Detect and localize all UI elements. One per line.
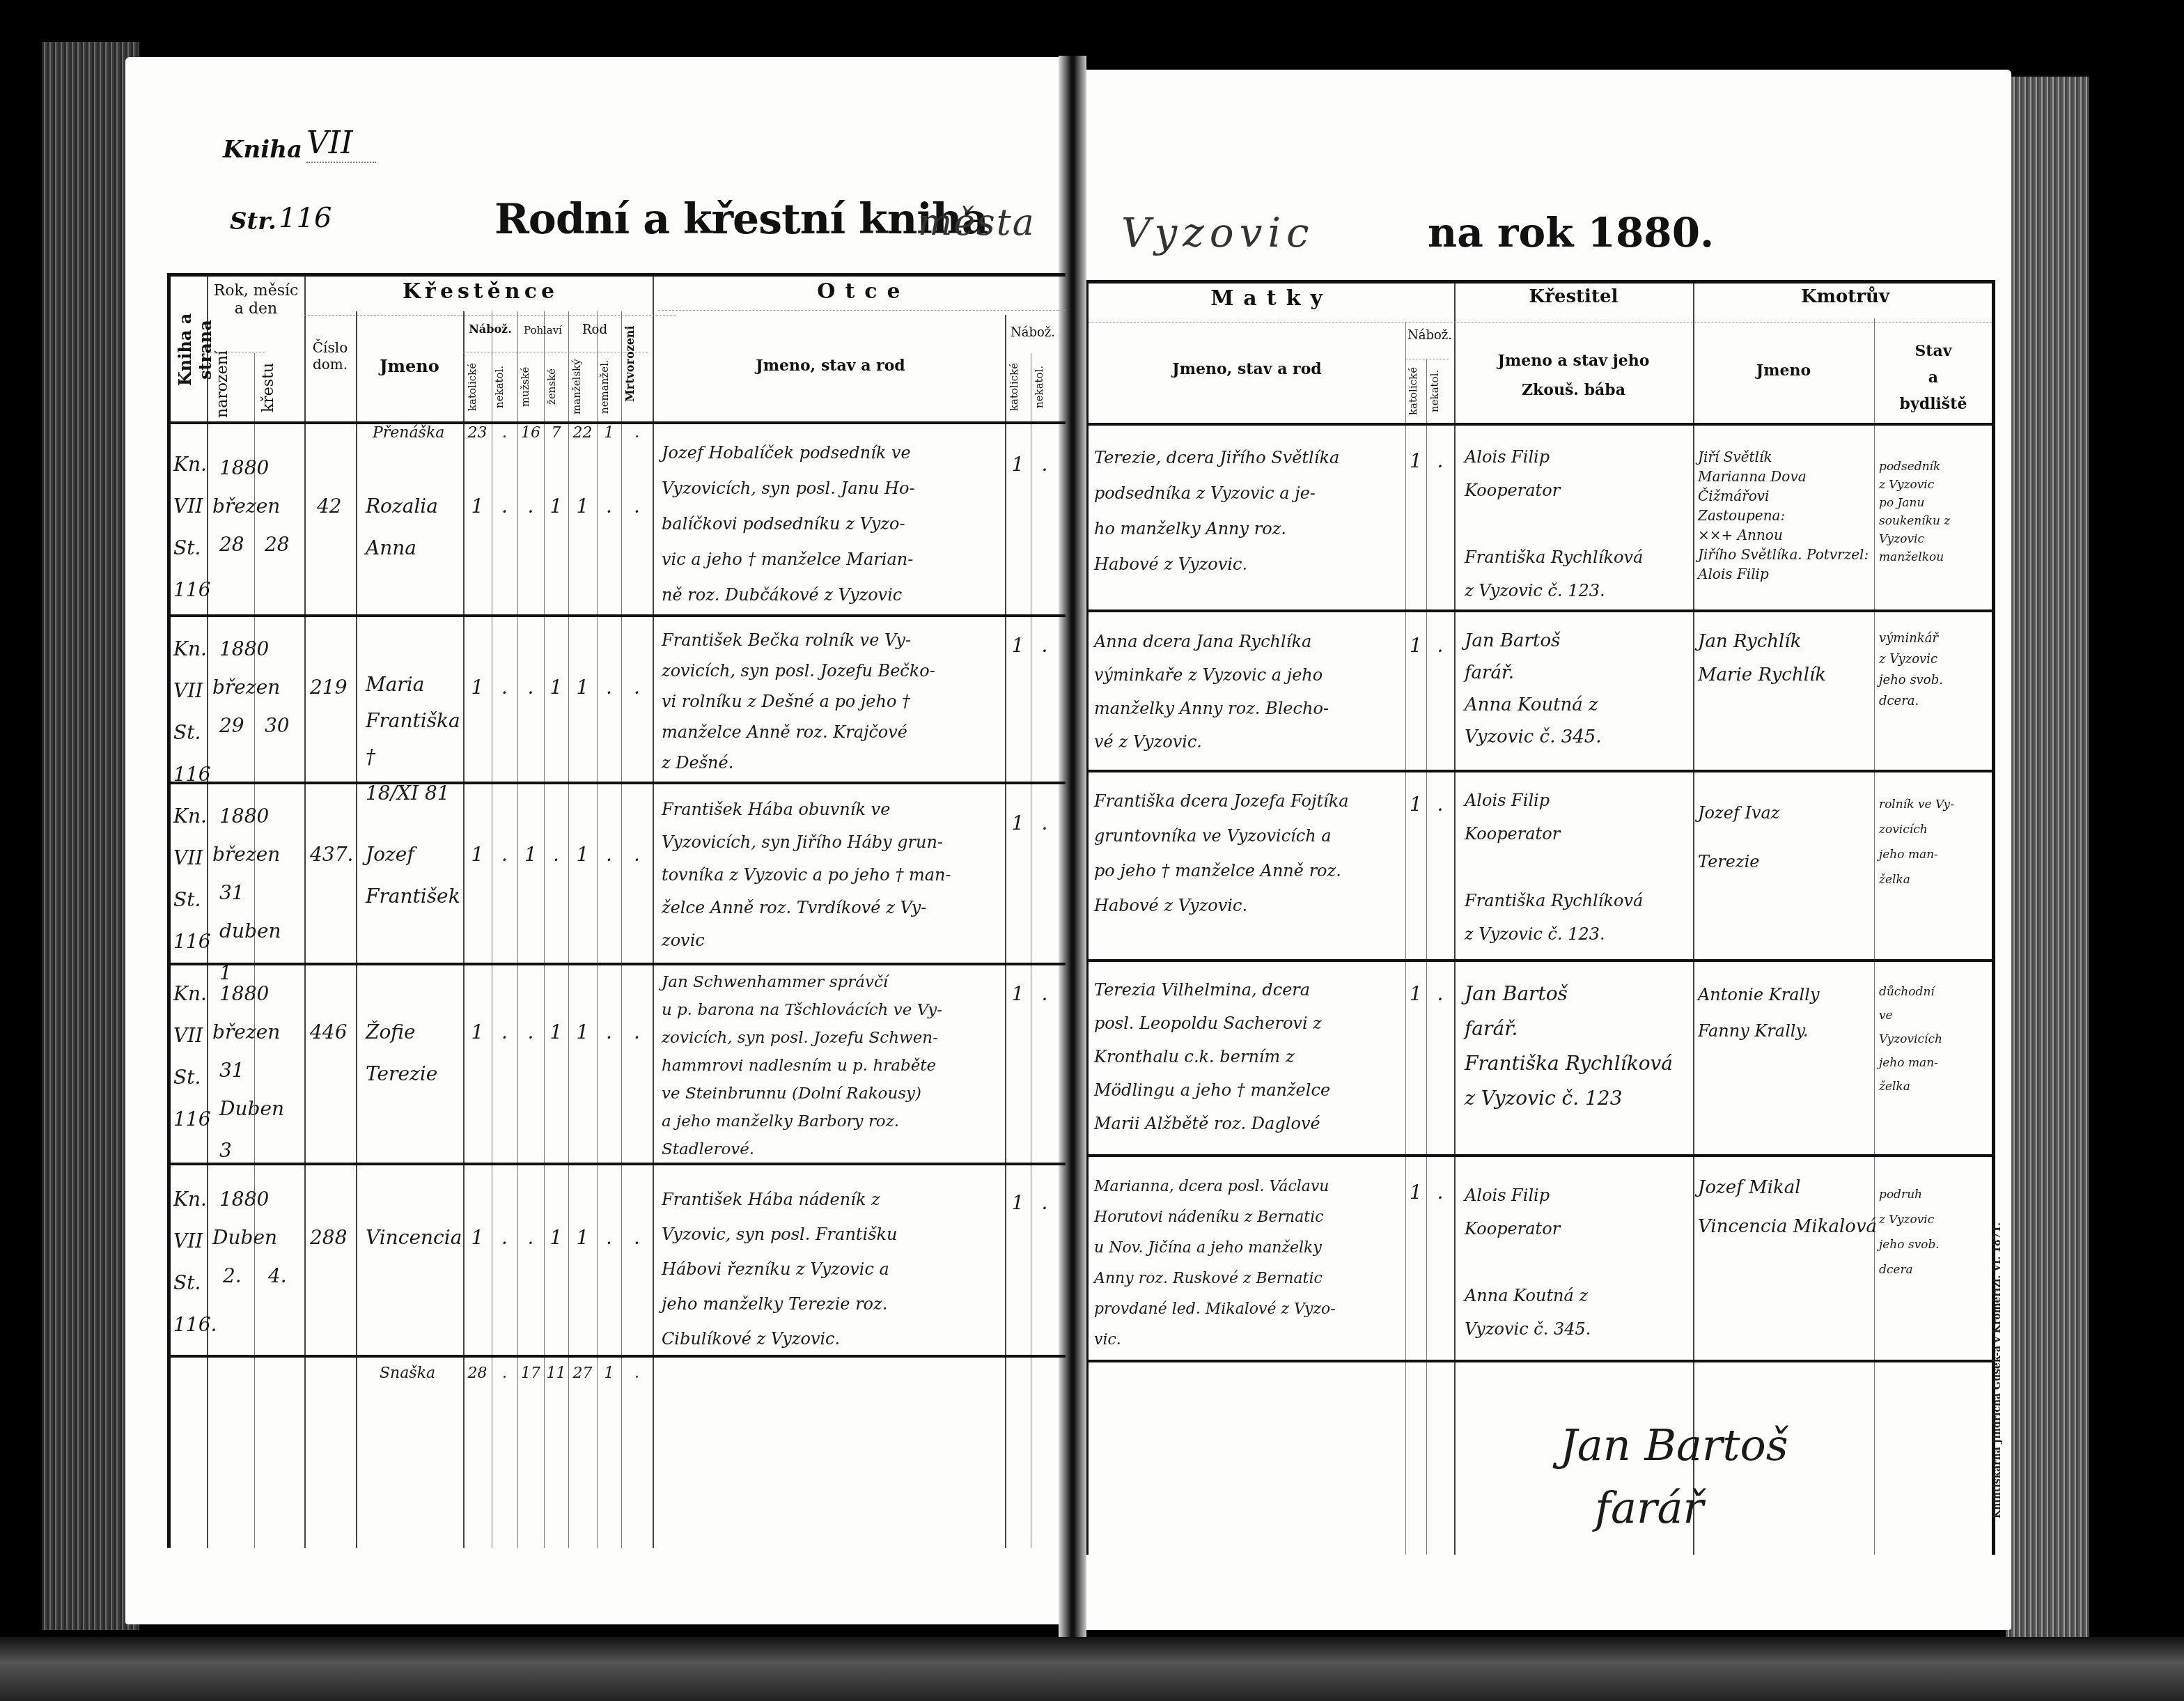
entry-narozeni: 28 [219, 524, 244, 566]
carry-over-manzelsky: 22 [568, 421, 597, 445]
entry-mesic: březen [212, 834, 280, 876]
entry-mrtvorozeni: . [621, 1217, 653, 1259]
entry-rok: 1880 [219, 1179, 269, 1220]
entry-muzske: . [517, 486, 544, 527]
col-header-kniha-a-strana: Kniha a strana [175, 283, 204, 416]
entry-rok: 1880 [219, 795, 269, 837]
entry-kmotr-jmeno: Jozef Ivaz Terezie [1698, 789, 1779, 886]
entry-katolicke: 1 [463, 1011, 492, 1053]
entry-otec-katolicke: 1 [1005, 802, 1031, 844]
col-header-kmotr-jmeno: Jmeno [1693, 362, 1874, 380]
entry-kniha: Kn. VII St. 116 [173, 444, 210, 611]
entry-narozeni: 29 [219, 705, 244, 747]
entry-otec: František Hába obuvník ve Vyzovicích, sy… [662, 793, 951, 957]
entry-nemanzel: . [597, 1011, 621, 1053]
col-header-krestitel-sub: Jmeno a stav jeho Zkouš. bába [1454, 346, 1693, 405]
title-handwritten-town-type: města [918, 202, 1036, 244]
carry-over-muzske: 16 [517, 421, 544, 445]
entry-katolicke: 1 [463, 834, 492, 876]
col-header-cislo-dom: Číslo dom. [307, 339, 353, 373]
entry-krestu: 28 [265, 524, 290, 566]
entry-matka-nekatol: . [1426, 625, 1454, 667]
col-header-otce-jmeno: Jmeno, stav a rod [658, 357, 1003, 375]
entry-katolicke: 1 [463, 667, 492, 708]
entry-nekatol: . [492, 1217, 517, 1259]
col-header-otce-naboz: Nábož. [1005, 325, 1061, 341]
entry-krestitel: Jan Bartoš farář. Anna Koutná z Vyzovic … [1465, 625, 1602, 753]
col-header-otce-katolicke: katolické [1008, 355, 1030, 419]
entry-katolicke: 1 [463, 1217, 492, 1259]
entry-matka-katolicke: 1 [1405, 440, 1426, 482]
totals-nekatol: . [492, 1362, 517, 1385]
col-header-krestu: křestu [260, 357, 300, 418]
entry-kmotr-jmeno: Antonie Krally Fanny Krally. [1698, 977, 1819, 1049]
entry-cislo-dom: 437. [310, 834, 353, 876]
title-handwritten-town: Vyzovic [1121, 209, 1315, 256]
entry-matka-katolicke: 1 [1405, 973, 1426, 1015]
col-header-matky-jmeno: Jmeno, stav a rod [1089, 360, 1405, 378]
entry-cislo-dom: 446 [310, 1011, 347, 1053]
entry-cislo-dom: 42 [317, 486, 342, 527]
str-label: Str. [230, 208, 276, 235]
kniha-line [306, 162, 376, 163]
entry-muzske: . [517, 667, 544, 708]
totals-manzelsky: 27 [568, 1362, 597, 1385]
book-edge-left [42, 42, 139, 1630]
entry-narozeni: 31 [219, 1050, 244, 1092]
totals-zenske: 11 [544, 1362, 568, 1385]
entry-otec-katolicke: 1 [1005, 1182, 1031, 1224]
entry-mrtvorozeni: . [621, 834, 653, 876]
carry-over-mrtvorozeni: . [621, 421, 653, 445]
col-header-manzelsky: manželský [570, 355, 595, 419]
kniha-value: VII [306, 125, 353, 161]
carry-over-nemanzel: 1 [597, 421, 621, 445]
entry-mesic: březen [212, 667, 280, 708]
priest-signature: Jan Bartoš farář [1560, 1414, 1788, 1539]
entry-matka: Terezie, dcera Jiřího Světlíka podsedník… [1094, 440, 1339, 582]
entry-otec-katolicke: 1 [1005, 444, 1031, 486]
entry-nekatol: . [492, 1011, 517, 1053]
entry-matka-katolicke: 1 [1405, 1172, 1426, 1213]
entry-rok: 1880 [219, 447, 269, 489]
entry-muzske: 1 [517, 834, 544, 876]
entry-kmotr-stav: výminkář z Vyzovic jeho svob. dcera. [1879, 628, 1943, 712]
entry-rok: 1880 [219, 628, 269, 670]
entry-otec-nekatol: . [1031, 444, 1059, 486]
entry-jmeno: Žofie Terezie [366, 1011, 437, 1095]
entry-mesic: Duben [212, 1217, 277, 1259]
entry-zenske: 1 [544, 667, 568, 708]
entry-nemanzel: . [597, 667, 621, 708]
entry-mrtvorozeni: . [621, 1011, 653, 1053]
entry-kmotr-stav: rolník ve Vy- zovicích jeho man- želka [1879, 792, 1954, 892]
col-header-nekatol: nekatol. [493, 355, 515, 419]
entry-matka-katolicke: 1 [1405, 625, 1426, 667]
entry-otec: Jozef Hobalíček podsedník ve Vyzovicích,… [662, 435, 915, 613]
entry-matka-nekatol: . [1426, 973, 1454, 1015]
entry-manzelsky: 1 [568, 834, 597, 876]
entry-manzelsky: 1 [568, 486, 597, 527]
entry-manzelsky: 1 [568, 1011, 597, 1053]
col-header-krestitel: Křestitel [1454, 286, 1693, 308]
book-edge-right [2006, 77, 2089, 1637]
entry-muzske: . [517, 1217, 544, 1259]
entry-matka-nekatol: . [1426, 440, 1454, 482]
entry-nekatol: . [492, 667, 517, 708]
carry-over-nekatol: . [492, 421, 517, 445]
entry-nemanzel: . [597, 1217, 621, 1259]
col-header-narozeni: narození [214, 357, 250, 418]
kniha-label: Kniha [223, 136, 302, 164]
entry-matka-nekatol: . [1426, 1172, 1454, 1213]
signature-title: farář [1560, 1477, 1788, 1539]
col-header-kmotr-stav: Stav a bydliště [1874, 338, 1992, 417]
entry-nekatol: . [492, 486, 517, 527]
signature-name: Jan Bartoš [1560, 1414, 1788, 1477]
entry-krestu: 4. [268, 1255, 287, 1297]
carry-over-katolicke: 23 [463, 421, 492, 445]
carry-over-zenske: 7 [544, 421, 568, 445]
register-table-right: Matky Jmeno, stav a rod Nábož. katolické… [1086, 280, 1995, 1555]
entry-kmotr-jmeno: Jan Rychlík Marie Rychlík [1698, 625, 1826, 692]
entry-otec-nekatol: . [1031, 802, 1059, 844]
col-header-rod: Rod [568, 323, 621, 338]
entry-otec: František Hába nádeník z Vyzovic, syn po… [662, 1182, 898, 1356]
col-header-pohlavi: Pohlaví [517, 324, 568, 336]
entry-otec-katolicke: 1 [1005, 973, 1031, 1015]
entry-zenske: 1 [544, 1011, 568, 1053]
entry-matka: Marianna, dcera posl. Václavu Horutovi n… [1094, 1172, 1336, 1356]
entry-krestitel: Alois Filip Kooperator Anna Koutná z Vyz… [1465, 1179, 1591, 1346]
entry-narozeni: 31 [219, 872, 244, 914]
col-header-krestence: Křestěnce [310, 279, 651, 304]
entry-krestitel: Jan Bartoš farář. Františka Rychlíková z… [1465, 977, 1673, 1116]
book-bottom-edge [0, 1637, 2184, 1701]
entry-matka-nekatol: . [1426, 784, 1454, 825]
entry-cislo-dom: 219 [310, 667, 347, 708]
entry-jmeno: Vincencia [366, 1217, 462, 1259]
entry-zenske: 1 [544, 1217, 568, 1259]
entry-zenske: 1 [544, 486, 568, 527]
register-table-left: Kniha a strana Rok, měsíc a den narození… [167, 273, 1066, 1548]
entry-mesic: březen [212, 486, 280, 527]
entry-jmeno: Rozalia Anna [366, 486, 438, 569]
entry-kniha: Kn. VII St. 116 [173, 628, 210, 795]
col-header-kmotruv: Kmotrův [1693, 286, 1997, 308]
printer-imprint: Knihtiskárna Jindřicha Gusek-a v Kroměří… [1992, 1198, 2003, 1519]
col-header-mrtvorozeni: Mrtvorozeni [623, 311, 651, 416]
entry-mesic: březen [212, 1011, 280, 1053]
entry-rok: 1880 [219, 973, 269, 1015]
entry-kmotr-stav: podsedník z Vyzovic po Janu soukeníku z … [1879, 458, 1992, 566]
page-title: Rodní a křestní kniha [494, 195, 988, 244]
entry-kniha: Kn. VII St. 116 [173, 973, 210, 1140]
entry-krestu: 30 [265, 705, 290, 747]
carry-over-label: Přenáška [373, 421, 444, 445]
col-header-otce: Otce [658, 279, 1069, 304]
entry-nekatol: . [492, 834, 517, 876]
entry-kniha: Kn. VII St. 116 [173, 795, 210, 963]
col-header-rok-mesic-den: Rok, měsíc a den [209, 282, 303, 319]
entry-muzske: . [517, 1011, 544, 1053]
entry-nemanzel: . [597, 834, 621, 876]
col-header-muzske: mužské [519, 355, 543, 419]
entry-matka: Anna dcera Jana Rychlíka výminkaře z Vyz… [1094, 625, 1329, 759]
col-header-nemanzel: nemanžel. [598, 355, 621, 419]
entry-zenske: . [544, 834, 568, 876]
col-header-matky-katolicke: katolické [1407, 362, 1425, 420]
str-value: 116 [279, 202, 331, 234]
entry-krestitel: Alois Filip Kooperator Františka Rychlík… [1465, 440, 1643, 607]
col-header-zenske: ženské [545, 355, 568, 419]
col-header-otce-nekatol: nekatol. [1033, 355, 1055, 419]
entry-kmotr-stav: podruh z Vyzovic jeho svob. dcera [1879, 1182, 1940, 1282]
entry-matka: Františka dcera Jozefa Fojtíka gruntovní… [1094, 784, 1349, 923]
entry-jmeno: Maria Františka † 18/XI 81 [366, 667, 460, 811]
entry-narozeni: 2. [223, 1255, 242, 1297]
entry-mrtvorozeni: . [621, 486, 653, 527]
totals-katolicke: 28 [463, 1362, 492, 1385]
entry-otec: Jan Schwenhammer správčí u p. barona na … [662, 968, 942, 1163]
entry-krestitel: Alois Filip Kooperator Františka Rychlík… [1465, 784, 1643, 951]
entry-cislo-dom: 288 [310, 1217, 347, 1259]
entry-manzelsky: 1 [568, 1217, 597, 1259]
totals-label: Snaška [380, 1362, 435, 1385]
totals-mrtvorozeni: . [621, 1362, 653, 1385]
col-header-matky-naboz: Nábož. [1405, 328, 1454, 343]
col-header-matky-nekatol: nekatol. [1428, 362, 1452, 420]
title-year: na rok 1880. [1428, 209, 1714, 256]
entry-kmotr-jmeno: Jozef Mikal Vincencia Mikalová [1698, 1168, 1877, 1246]
totals-nemanzel: 1 [597, 1362, 621, 1385]
entry-otec-nekatol: . [1031, 1182, 1059, 1224]
entry-matka-katolicke: 1 [1405, 784, 1426, 825]
entry-otec-katolicke: 1 [1005, 625, 1031, 667]
entry-otec-nekatol: . [1031, 625, 1059, 667]
totals-muzske: 17 [517, 1362, 544, 1385]
entry-matka: Terezia Vilhelmina, dcera posl. Leopoldu… [1094, 973, 1330, 1140]
entry-manzelsky: 1 [568, 667, 597, 708]
entry-jmeno: Jozef František [366, 834, 460, 917]
entry-otec-nekatol: . [1031, 973, 1059, 1015]
col-header-matky: Matky [1089, 286, 1454, 311]
entry-krestu: Duben 3 [219, 1088, 284, 1172]
col-header-katolicke: katolické [466, 355, 490, 419]
col-header-jmeno: Jmeno [359, 357, 460, 377]
col-header-naboz: Nábož. [463, 323, 517, 336]
entry-kmotr-stav: důchodní ve Vyzovicích jeho man- želka [1879, 980, 1942, 1098]
entry-katolicke: 1 [463, 486, 492, 527]
entry-nemanzel: . [597, 486, 621, 527]
entry-mrtvorozeni: . [621, 667, 653, 708]
entry-kmotr-jmeno: Jiří Světlík Marianna Dova Čižmářovi Zas… [1698, 447, 1869, 584]
entry-kniha: Kn. VII St. 116. [173, 1179, 217, 1346]
entry-otec: František Bečka rolník ve Vy- zovicích, … [662, 625, 935, 778]
